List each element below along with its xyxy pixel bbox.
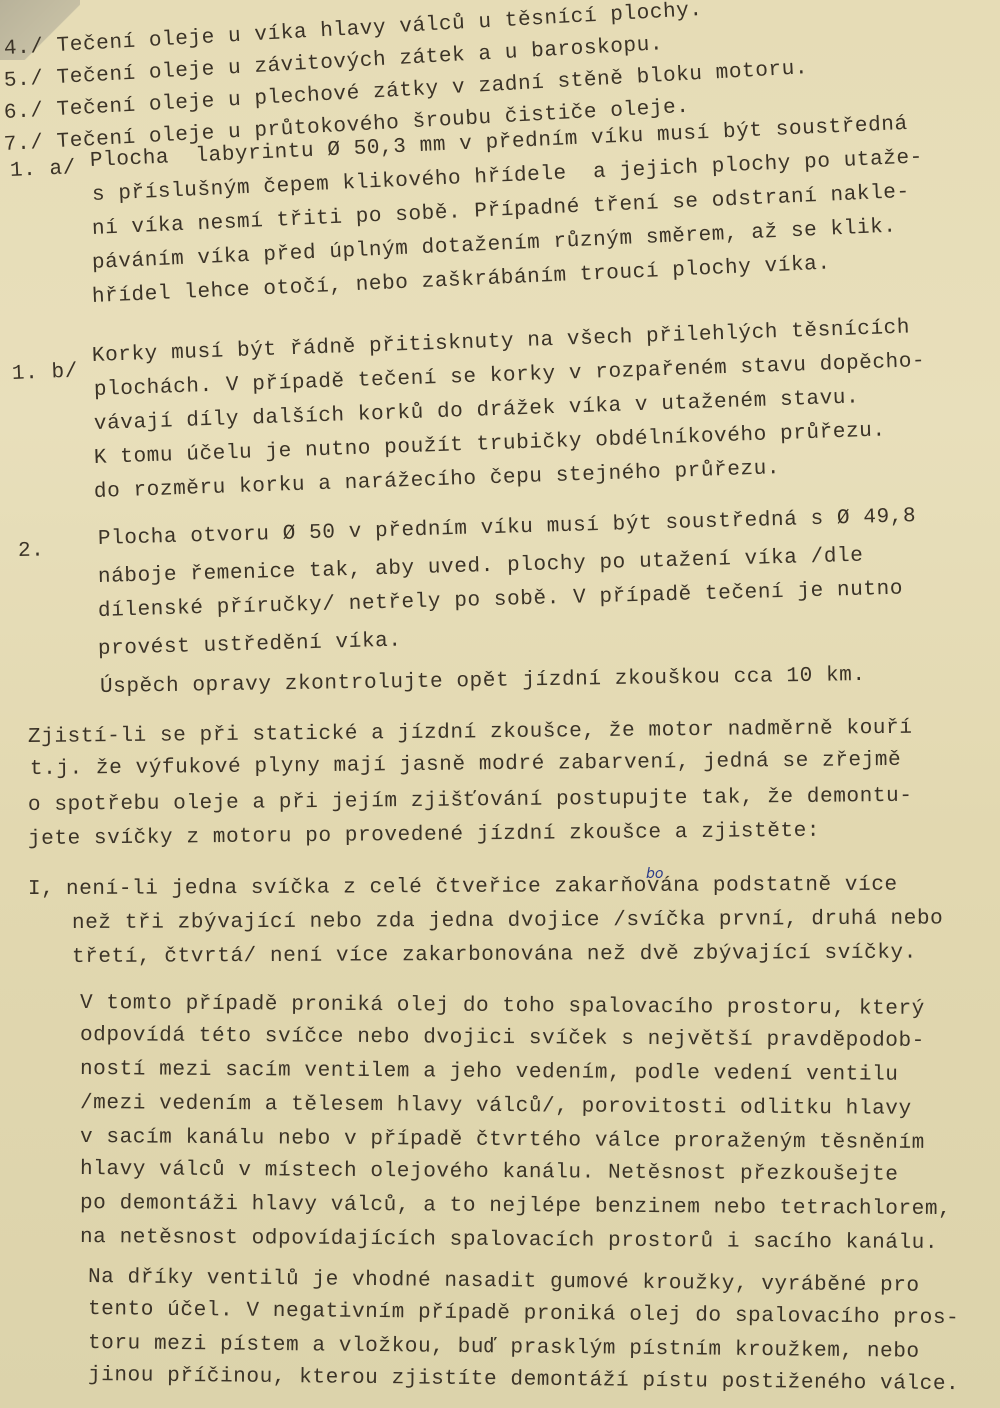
- section-label: I,: [28, 878, 55, 901]
- text-line: po demontáži hlavy válců, a to nejlépe b…: [80, 1192, 951, 1221]
- text-line: provést ustředění víka.: [98, 630, 402, 661]
- text-line: ností mezi sacím ventilem a jeho vedením…: [80, 1058, 899, 1087]
- text-line: odpovídá této svíčce nebo dvojici svíček…: [80, 1024, 925, 1053]
- handwritten-correction: bo: [646, 866, 663, 882]
- text-line: tento účel. V negativním případě proniká…: [88, 1298, 960, 1330]
- text-line: o spotřebu oleje a při jejím zjišťování …: [28, 785, 913, 817]
- section-label: 2.: [18, 539, 45, 563]
- section-label: 1. b/: [12, 360, 79, 386]
- text-line: třetí, čtvrtá/ není více zakarbonována n…: [72, 942, 917, 969]
- test-note: Úspěch opravy zkontrolujte opět jízdní z…: [100, 664, 866, 699]
- section-label: 1. a/: [9, 157, 76, 183]
- text-line: Plocha otvoru Ø 50 v předním víku musí b…: [98, 505, 917, 551]
- text-line: jinou příčinou, kterou zjistíte demontáž…: [88, 1364, 960, 1396]
- text-line: v sacím kanálu nebo v případě čtvrtého v…: [80, 1126, 925, 1155]
- text-line: t.j. že výfukové plyny mají jasně modré …: [30, 749, 902, 781]
- text-line: není-li jedna svíčka z celé čtveřice zak…: [66, 874, 898, 901]
- text-line: toru mezi pístem a vložkou, buď prasklým…: [88, 1332, 920, 1364]
- text-line: na netěsnost odpovídajících spalovacích …: [80, 1226, 938, 1255]
- text-line: /mezi vedením a tělesem hlavy válců/, po…: [80, 1092, 912, 1121]
- text-line: než tři zbývající nebo zda jedna dvojice…: [72, 907, 943, 935]
- text-line: Na dříky ventilů je vhodné nasadit gumov…: [88, 1266, 920, 1298]
- text-line: hlavy válců v místech olejového kanálu. …: [80, 1158, 899, 1187]
- text-line: Zjistí-li se při statické a jízdní zkouš…: [28, 717, 913, 749]
- text-line: jete svíčky z motoru po provedené jízdní…: [28, 820, 820, 851]
- text-line: V tomto případě proniká olej do toho spa…: [80, 992, 925, 1021]
